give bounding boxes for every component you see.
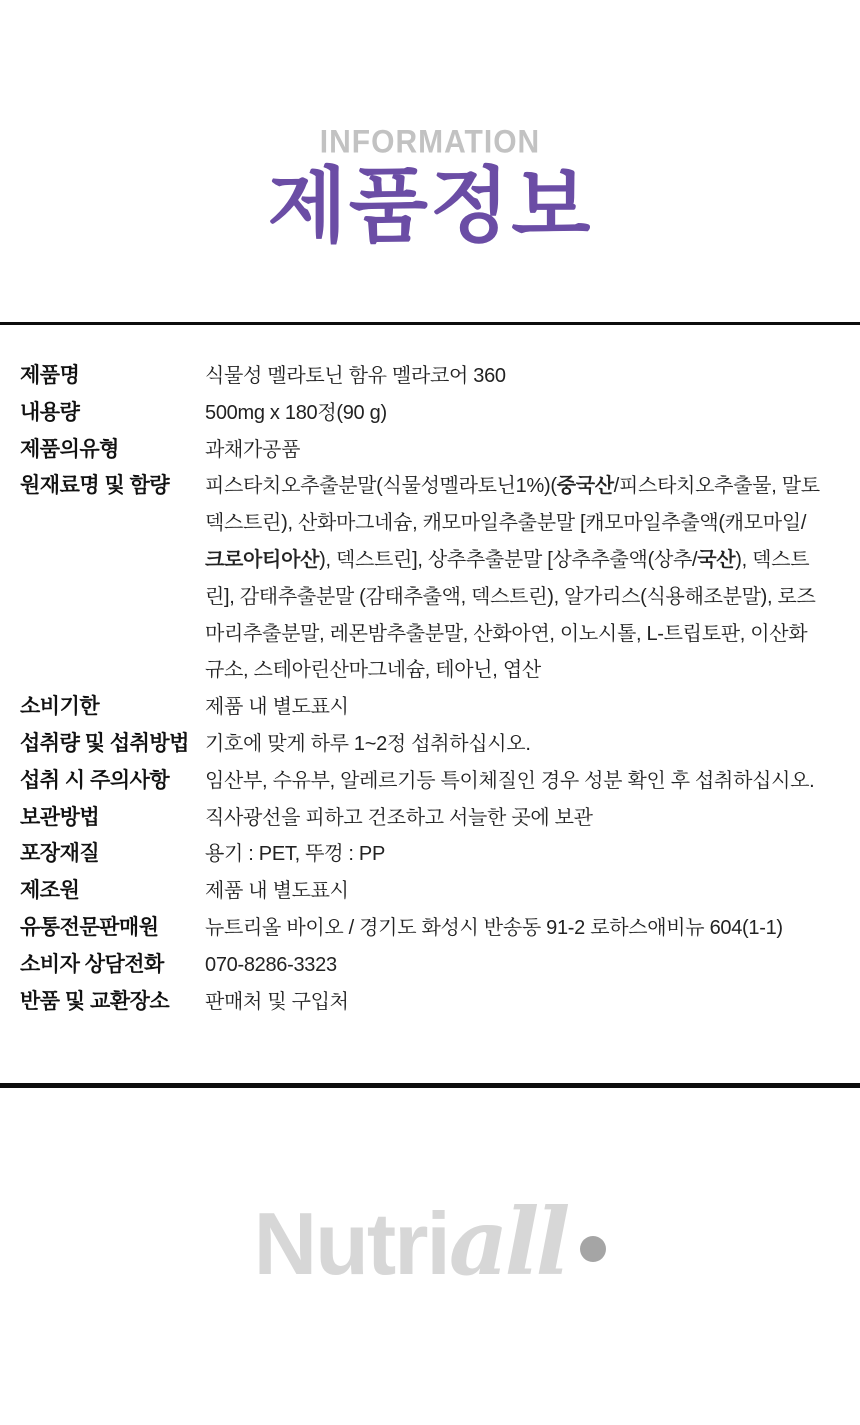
- row-label: 소비자 상담전화: [20, 947, 205, 984]
- top-divider: [0, 322, 860, 325]
- product-info-page: INFORMATION 제품정보 제품명식물성 멜라토닌 함유 멜라코어 360…: [0, 0, 860, 1425]
- table-row: 제품의유형과채가공품: [20, 432, 825, 469]
- section-eyebrow: INFORMATION: [0, 125, 860, 162]
- row-value: 과채가공품: [205, 432, 825, 469]
- row-value: 식물성 멜라토닌 함유 멜라코어 360: [205, 358, 825, 395]
- row-label: 제품의유형: [20, 432, 205, 469]
- row-value: 용기 : PET, 뚜껑 : PP: [205, 836, 825, 873]
- product-table: 제품명식물성 멜라토닌 함유 멜라코어 360내용량500mg x 180정(9…: [20, 358, 825, 1020]
- row-value: 직사광선을 피하고 건조하고 서늘한 곳에 보관: [205, 800, 825, 837]
- row-value: 제품 내 별도표시: [205, 689, 825, 726]
- table-row: 유통전문판매원뉴트리올 바이오 / 경기도 화성시 반송동 91-2 로하스애비…: [20, 910, 825, 947]
- row-value: 판매처 및 구입처: [205, 984, 825, 1021]
- row-value: 피스타치오추출분말(식물성멜라토닌1%)(중국산/피스타치오추출물, 말토덱스트…: [205, 468, 825, 689]
- row-value: 뉴트리올 바이오 / 경기도 화성시 반송동 91-2 로하스애비뉴 604(1…: [205, 910, 825, 947]
- bottom-divider: [0, 1083, 860, 1088]
- row-label: 유통전문판매원: [20, 910, 205, 947]
- table-row: 제품명식물성 멜라토닌 함유 멜라코어 360: [20, 358, 825, 395]
- row-label: 제품명: [20, 358, 205, 395]
- table-row: 포장재질용기 : PET, 뚜껑 : PP: [20, 836, 825, 873]
- row-label: 제조원: [20, 873, 205, 910]
- row-value: 기호에 맞게 하루 1~2정 섭취하십시오.: [205, 726, 825, 763]
- row-label: 소비기한: [20, 689, 205, 726]
- row-value: 500mg x 180정(90 g): [205, 395, 825, 432]
- page-title: 제품정보: [0, 160, 860, 254]
- table-row: 원재료명 및 함량피스타치오추출분말(식물성멜라토닌1%)(중국산/피스타치오추…: [20, 468, 825, 689]
- brand-logo: Nutriall: [0, 1188, 860, 1304]
- row-label: 보관방법: [20, 800, 205, 837]
- row-label: 섭취 시 주의사항: [20, 763, 205, 800]
- row-label: 포장재질: [20, 836, 205, 873]
- row-value: 070-8286-3323: [205, 947, 825, 984]
- row-value: 제품 내 별도표시: [205, 873, 825, 910]
- table-row: 반품 및 교환장소판매처 및 구입처: [20, 984, 825, 1021]
- row-label: 섭취량 및 섭취방법: [20, 726, 205, 763]
- brand-logo-nutri-text: Nutri: [254, 1194, 449, 1293]
- row-value: 임산부, 수유부, 알레르기등 특이체질인 경우 성분 확인 후 섭취하십시오.: [205, 763, 825, 800]
- table-row: 보관방법직사광선을 피하고 건조하고 서늘한 곳에 보관: [20, 800, 825, 837]
- brand-logo-all-text: all: [449, 1188, 567, 1296]
- row-label: 반품 및 교환장소: [20, 984, 205, 1021]
- row-label: 내용량: [20, 395, 205, 432]
- table-row: 섭취량 및 섭취방법기호에 맞게 하루 1~2정 섭취하십시오.: [20, 726, 825, 763]
- table-row: 내용량500mg x 180정(90 g): [20, 395, 825, 432]
- table-row: 소비기한제품 내 별도표시: [20, 689, 825, 726]
- row-label: 원재료명 및 함량: [20, 468, 205, 505]
- brand-dot-icon: [580, 1236, 606, 1262]
- table-row: 섭취 시 주의사항임산부, 수유부, 알레르기등 특이체질인 경우 성분 확인 …: [20, 763, 825, 800]
- table-row: 제조원제품 내 별도표시: [20, 873, 825, 910]
- table-row: 소비자 상담전화070-8286-3323: [20, 947, 825, 984]
